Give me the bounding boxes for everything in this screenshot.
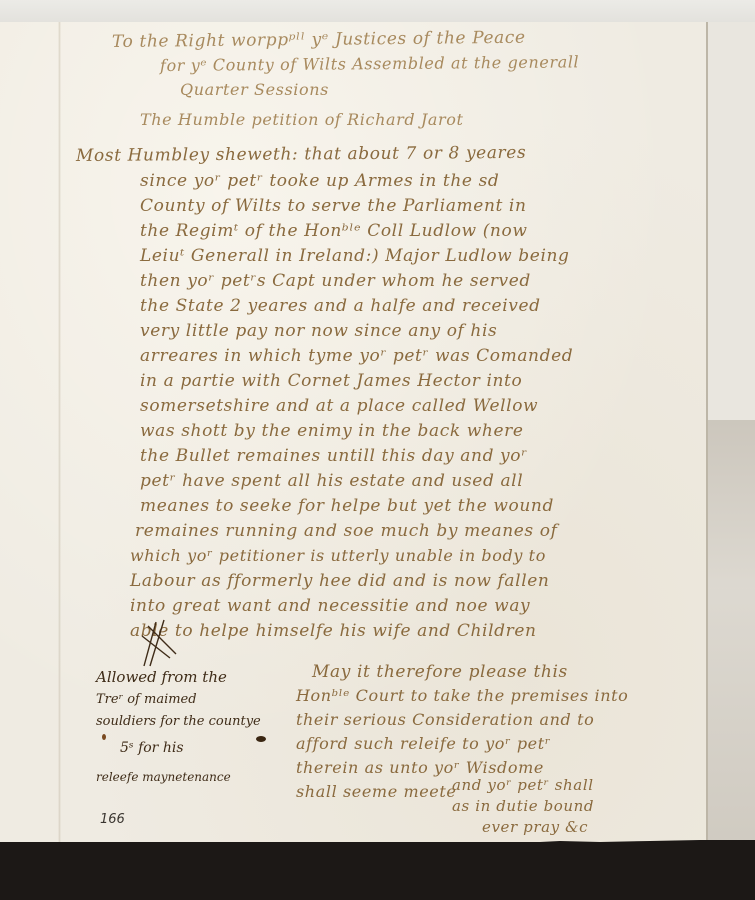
body-line: meanes to seeke for helpe but yet the wo… (140, 496, 554, 516)
body-line: which yoʳ petitioner is utterly unable i… (130, 546, 546, 565)
petition-title: The Humble petition of Richard Jarot (140, 110, 464, 129)
body-line: somersetshire and at a place called Well… (140, 396, 538, 416)
body-line: arreares in which tyme yoʳ petʳ was Coma… (140, 346, 573, 366)
body-line: the Regimᵗ of the Honᵇˡᵉ Coll Ludlow (no… (140, 221, 527, 241)
closing-line: and yoʳ petʳ shall (452, 776, 594, 794)
body-line: since yoʳ petʳ tooke up Armes in the sd (140, 171, 499, 191)
address-line-2: for yᵉ County of Wilts Assembled at the … (160, 52, 579, 75)
ink-blot (102, 734, 106, 740)
body-line: very little pay nor now since any of his (140, 321, 497, 341)
margin-note-line: souldiers for the countye (96, 714, 261, 729)
prayer-line: Honᵇˡᵉ Court to take the premises into (296, 686, 628, 705)
margin-note-line: 5ˢ for his (120, 740, 184, 756)
body-line: Most Humbley sheweth: that about 7 or 8 … (76, 143, 526, 166)
body-line: was shott by the enimy in the back where (140, 421, 524, 441)
address-line-3: Quarter Sessions (180, 80, 329, 99)
prayer-line: shall seeme meete (296, 782, 456, 801)
dark-background (0, 842, 755, 900)
body-line: then yoʳ petʳs Capt under whom he served (140, 271, 531, 291)
body-line: in a partie with Cornet James Hector int… (140, 371, 522, 391)
body-line: the Bullet remaines untill this day and … (140, 446, 528, 466)
margin-note-line: Allowed from the (96, 668, 227, 686)
mount-top-strip (0, 0, 755, 23)
cross-mark-icon (140, 618, 180, 668)
right-margin-stain (708, 420, 755, 840)
closing-line: as in dutie bound (452, 797, 594, 815)
prayer-line: therein as unto yoʳ Wisdome (296, 758, 544, 777)
prayer-line: their serious Consideration and to (296, 710, 594, 729)
left-fold-crease (58, 22, 61, 842)
body-line: into great want and necessitie and noe w… (130, 596, 530, 616)
prayer-line: May it therefore please this (312, 662, 568, 682)
folio-number: 166 (100, 812, 125, 827)
body-line: County of Wilts to serve the Parliament … (140, 196, 527, 216)
body-line: able to helpe himselfe his wife and Chil… (130, 621, 537, 641)
body-line: Labour as fformerly hee did and is now f… (130, 571, 549, 591)
body-line: Leiuᵗ Generall in Ireland:) Major Ludlow… (140, 246, 570, 266)
body-line: remaines running and soe much by meanes … (135, 521, 557, 541)
ink-blot (256, 736, 266, 742)
body-line: the State 2 yeares and a halfe and recei… (140, 296, 541, 316)
margin-note-line: Treʳ of maimed (96, 692, 197, 707)
margin-note-line: releefe maynetenance (96, 770, 231, 784)
prayer-line: afford such releife to yoʳ petʳ (296, 734, 551, 753)
body-line: petʳ have spent all his estate and used … (140, 471, 523, 491)
